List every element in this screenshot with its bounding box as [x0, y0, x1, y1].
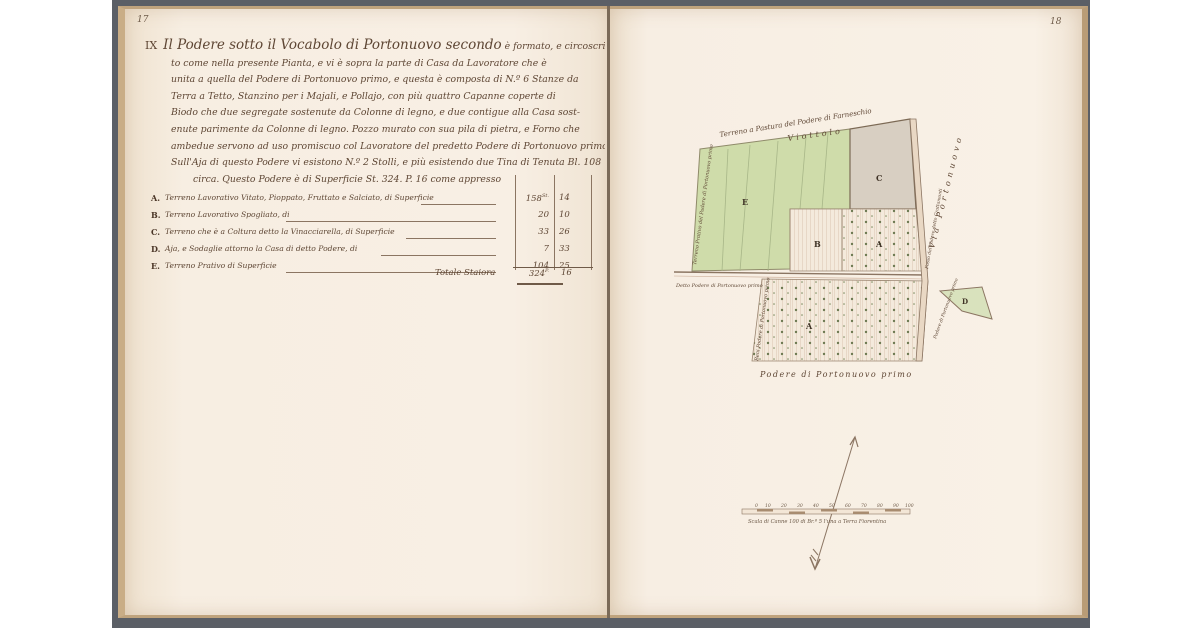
parcel-key: C.: [151, 227, 160, 237]
parcel-b: B: [790, 209, 842, 271]
leader-line: [286, 221, 496, 222]
parcel-a-lower: A: [752, 279, 928, 361]
leader-line: [406, 238, 496, 239]
svg-text:50: 50: [829, 503, 835, 509]
paragraph-line: Terra a Tetto, Stanzino per i Majali, e …: [145, 89, 605, 106]
section-heading: Il Podere sotto il Vocabolo di Portonuov…: [163, 37, 502, 53]
leader-line: [421, 204, 496, 205]
table-column-divider: [591, 175, 592, 270]
scale-bar: 0 10 20 30 40 50 60 70 80 90 100 Scala d…: [742, 503, 914, 525]
north-arrow-icon: [810, 437, 858, 569]
table-row: D. Aja, e Sodaglie attorno la Casa di de…: [151, 242, 591, 259]
leader-line: [381, 255, 496, 256]
table-row: C. Terreno che è a Coltura detto la Vina…: [151, 225, 591, 242]
paragraph-line: enute parimente da Colonne di legno. Poz…: [145, 122, 605, 139]
section-numeral: IX: [145, 39, 157, 52]
svg-text:80: 80: [877, 503, 883, 509]
staiora-value: 33: [511, 227, 549, 237]
middle-boundary-label: Detto Podere di Portonuovo primo: [675, 283, 763, 289]
right-page: 18 E: [610, 6, 1088, 618]
open-book: 17 IX Il Podere sotto il Vocabolo di Por…: [118, 6, 1088, 618]
pertiche-value: 26: [559, 227, 585, 237]
svg-text:70: 70: [861, 503, 867, 509]
total-pertiche: 16: [561, 268, 572, 278]
paragraph-line: Sull'Aja di questo Podere vi esistono N.…: [145, 155, 605, 172]
parcel-description: Terreno che è a Coltura detto la Vinacci…: [165, 227, 395, 236]
svg-text:B: B: [814, 239, 821, 249]
right-ditch-label: Fosso del Podere detto Grattamonti: [924, 188, 944, 271]
table-row: A. Terreno Lavorativo Vitato, Pioppato, …: [151, 191, 591, 208]
pertiche-value: 10: [559, 210, 585, 220]
staiora-value: 7: [511, 244, 549, 254]
parcel-key: A.: [151, 193, 160, 203]
description-paragraph: IX Il Podere sotto il Vocabolo di Porton…: [145, 37, 605, 188]
area-table: A. Terreno Lavorativo Vitato, Pioppato, …: [151, 191, 591, 276]
total-staiora: 324P.: [511, 268, 549, 279]
paragraph-line: to come nella presente Pianta, e vi è so…: [145, 56, 605, 73]
parcel-description: Aja, e Sodaglie attorno la Casa di detto…: [165, 244, 357, 253]
pertiche-value: 33: [559, 244, 585, 254]
scale-caption: Scala di Canne 100 di Br.ª 5 l'una a Ter…: [748, 519, 886, 525]
staiora-value: 158St.: [511, 193, 549, 204]
parcel-key: B.: [151, 210, 161, 220]
parcel-description: Terreno Lavorativo Spogliato, di: [165, 210, 290, 219]
paragraph-line: unita a quella del Podere di Portonuovo …: [145, 72, 605, 89]
paragraph-line: circa. Questo Podere è di Superficie St.…: [145, 172, 605, 189]
staiora-value: 20: [511, 210, 549, 220]
svg-text:A: A: [875, 239, 883, 249]
total-underline: [517, 283, 563, 285]
bottom-boundary-label: Podere di Portonuovo primo: [759, 370, 913, 379]
parcel-c: C: [850, 119, 916, 209]
svg-text:40: 40: [812, 503, 819, 509]
svg-text:0: 0: [755, 503, 758, 509]
parcel-key: D.: [151, 244, 160, 254]
svg-text:60: 60: [845, 503, 851, 509]
svg-text:90: 90: [893, 503, 899, 509]
paragraph-line: ambedue servono ad uso promiscuo col Lav…: [145, 139, 605, 156]
right-lower-label: Podere di Portonuovo primo: [932, 277, 960, 340]
table-row: B. Terreno Lavorativo Spogliato, di 20 1…: [151, 208, 591, 225]
parcel-key: E.: [151, 261, 160, 271]
left-page-number: 17: [137, 15, 148, 25]
parcel-description: Terreno Prativo di Superficie: [165, 261, 277, 270]
svg-text:E: E: [742, 197, 748, 207]
total-label: Totale Staiora: [435, 268, 495, 278]
paragraph-line: Biodo che due segregate sostenute da Col…: [145, 105, 605, 122]
svg-text:100: 100: [905, 503, 914, 509]
svg-text:C: C: [876, 173, 882, 183]
svg-text:10: 10: [765, 503, 771, 509]
estate-map: E C B A A: [610, 9, 1088, 621]
left-page: 17 IX Il Podere sotto il Vocabolo di Por…: [118, 6, 610, 618]
svg-text:A: A: [805, 321, 813, 331]
pertiche-value: 14: [559, 193, 585, 203]
svg-text:D: D: [962, 297, 968, 306]
paragraph-line: è formato, e circoscrit-: [505, 41, 605, 52]
parcel-description: Terreno Lavorativo Vitato, Pioppato, Fru…: [165, 193, 434, 202]
parcel-a-upper: A: [842, 209, 922, 271]
svg-text:20: 20: [780, 503, 787, 509]
svg-text:30: 30: [797, 503, 803, 509]
